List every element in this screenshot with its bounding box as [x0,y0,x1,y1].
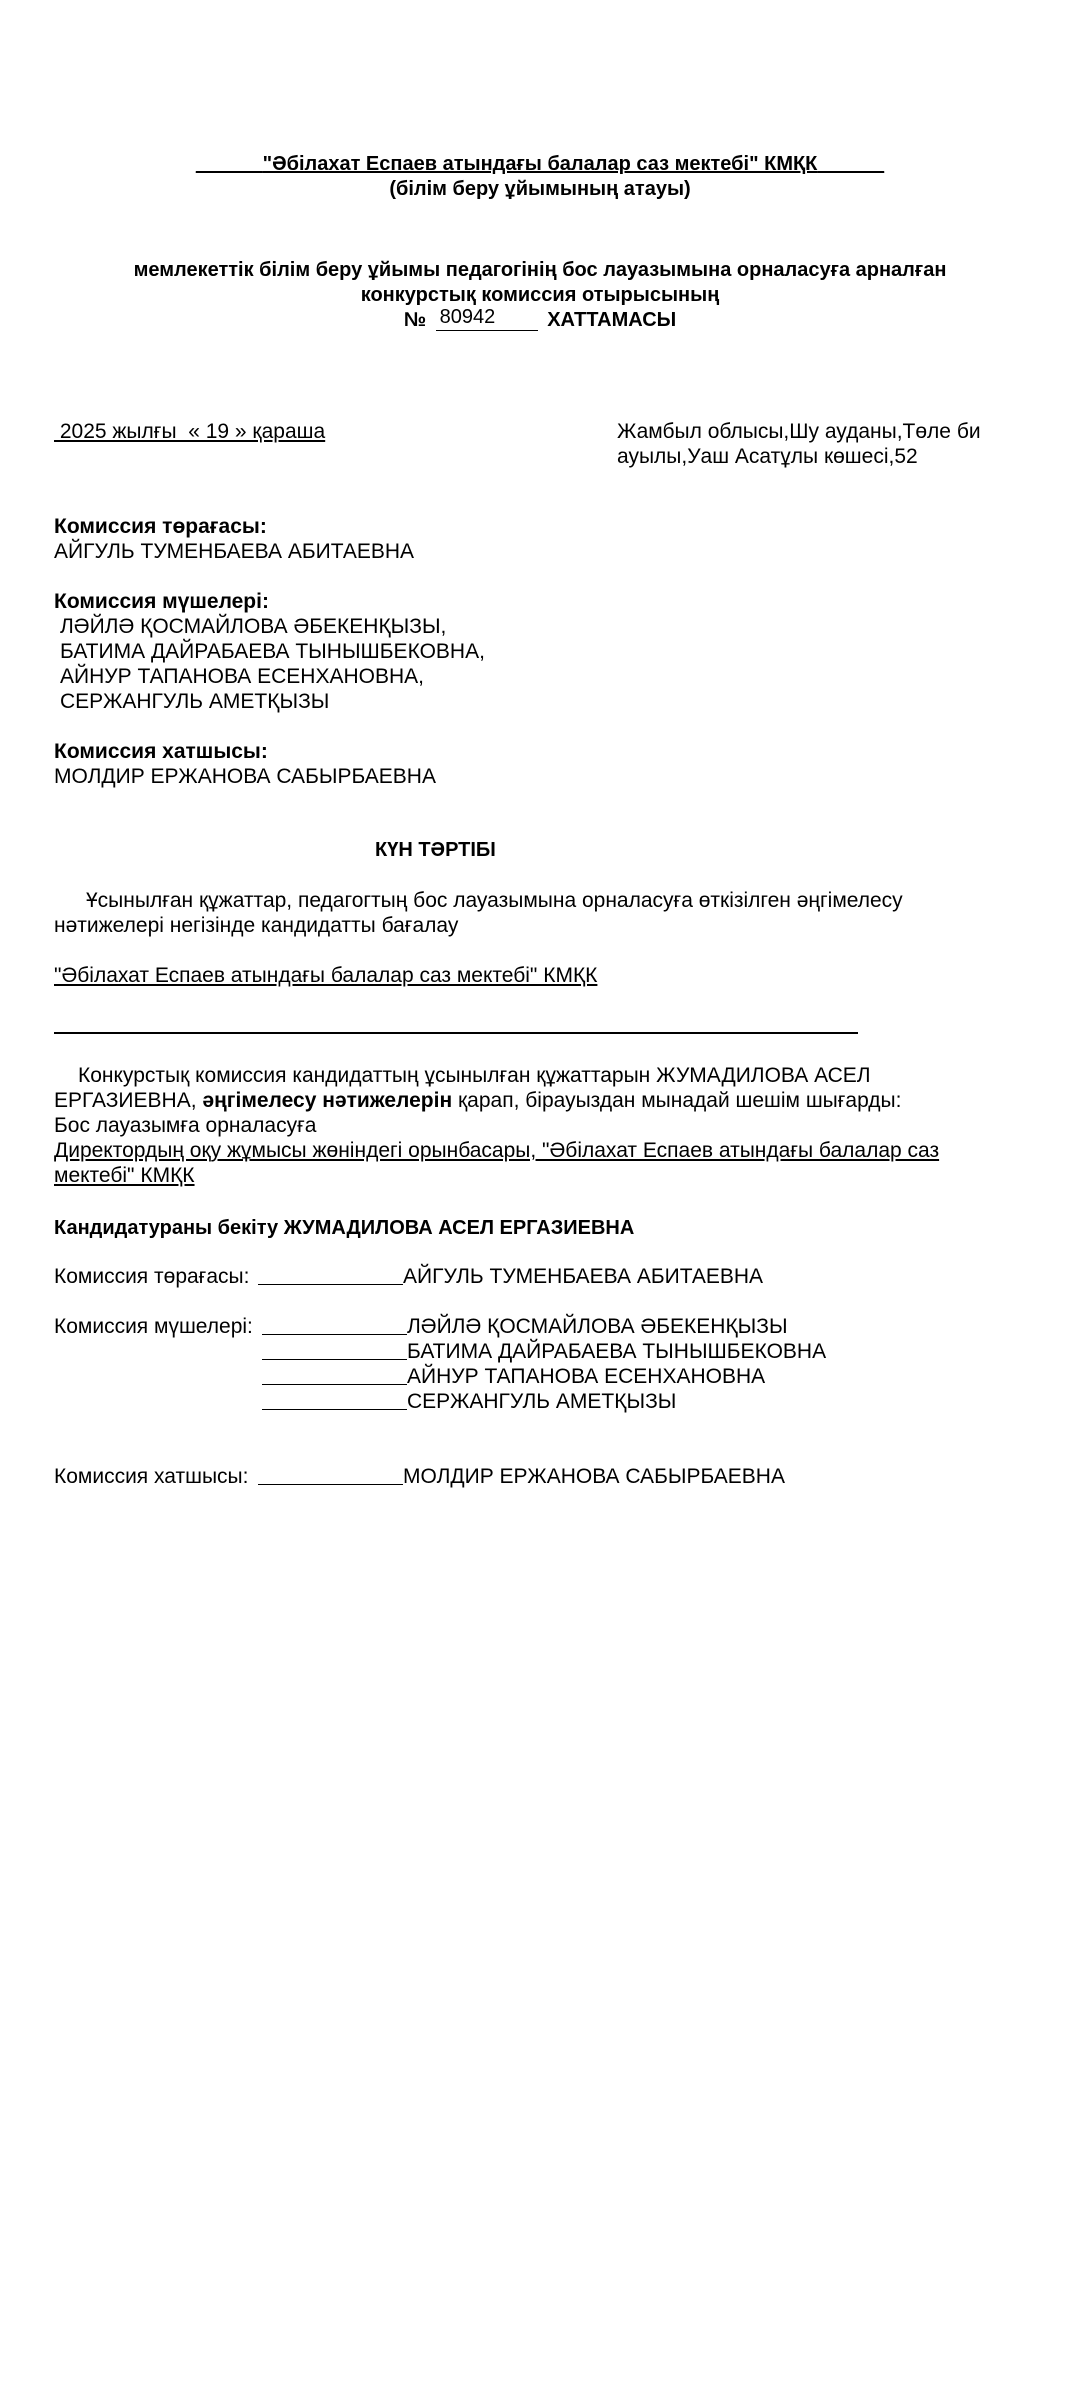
signature-row-chair: Комиссия төрағасы:АЙГУЛЬ ТУМЕНБАЕВА АБИТ… [54,1264,763,1289]
decision-line-2: ЕРГАЗИЕВНА, әңгімелесу нәтижелерін қарап… [54,1088,1054,1113]
document-title: мемлекеттік білім беру ұйымы педагогінің… [0,258,1080,333]
commission-secretary-name: МОЛДИР ЕРЖАНОВА САБЫРБАЕВНА [54,764,436,789]
horizontal-rule [54,1032,858,1034]
decision-line-1: Конкурстық комиссия кандидаттың ұсынылға… [54,1063,1054,1088]
commission-member: АЙНУР ТАПАНОВА ЕСЕНХАНОВНА, [54,664,485,689]
decision-line-3: Бос лауазымға орналасуға [54,1113,1054,1138]
signature-line [258,1266,403,1285]
meeting-address: Жамбыл облысы,Шу ауданы,Төле би ауылы,Уа… [617,419,1037,469]
protocol-number: 80942 [440,306,496,328]
signature-member-name: БАТИМА ДАЙРАБАЕВА ТЫНЫШБЕКОВНА [407,1339,826,1364]
commission-members-label: Комиссия мүшелері: [54,589,485,614]
address-line-1: Жамбыл облысы,Шу ауданы,Төле би [617,419,1037,444]
signature-line [258,1466,403,1485]
signature-member-name: ЛӘЙЛӘ ҚОСМАЙЛОВА ӘБЕКЕНҚЫЗЫ [407,1314,788,1339]
commission-chair-section: Комиссия төрағасы: АЙГУЛЬ ТУМЕНБАЕВА АБИ… [54,514,414,564]
signature-row-member: АЙНУР ТАПАНОВА ЕСЕНХАНОВНА [54,1364,765,1389]
signature-member-name: СЕРЖАНГУЛЬ АМЕТҚЫЗЫ [407,1389,676,1414]
signature-chair-name: АЙГУЛЬ ТУМЕНБАЕВА АБИТАЕВНА [403,1264,763,1289]
commission-secretary-label: Комиссия хатшысы: [54,739,436,764]
signature-members-label: Комиссия мүшелері: [54,1314,262,1339]
signature-line [262,1366,407,1385]
commission-member: ЛӘЙЛӘ ҚОСМАЙЛОВА ӘБЕКЕНҚЫЗЫ, [54,614,485,639]
signature-row-member: БАТИМА ДАЙРАБАЕВА ТЫНЫШБЕКОВНА [54,1339,826,1364]
title-line-1: мемлекеттік білім беру ұйымы педагогінің… [0,258,1080,283]
signature-row-secretary: Комиссия хатшысы:МОЛДИР ЕРЖАНОВА САБЫРБА… [54,1464,785,1489]
protocol-number-field: 80942 [436,310,538,331]
signature-line [262,1316,407,1335]
signature-row-member: СЕРЖАНГУЛЬ АМЕТҚЫЗЫ [54,1389,676,1414]
signature-member-name: АЙНУР ТАПАНОВА ЕСЕНХАНОВНА [407,1364,765,1389]
agenda-text-line-2: нәтижелері негізінде кандидатты бағалау [54,913,1054,938]
position-line-2: мектебі" КМҚК [54,1163,195,1188]
signature-line [262,1341,407,1360]
signature-secretary-name: МОЛДИР ЕРЖАНОВА САБЫРБАЕВНА [403,1464,785,1489]
signature-secretary-label: Комиссия хатшысы: [54,1464,258,1489]
signature-row-member: Комиссия мүшелері:ЛӘЙЛӘ ҚОСМАЙЛОВА ӘБЕКЕ… [54,1314,788,1339]
approval-statement: Кандидатураны бекіту ЖУМАДИЛОВА АСЕЛ ЕРГ… [54,1216,634,1241]
decision-line-2-start: ЕРГАЗИЕВНА, [54,1089,202,1112]
decision-text: Конкурстық комиссия кандидаттың ұсынылға… [54,1063,1054,1188]
agenda-text: Ұсынылған құжаттар, педагогтың бос лауаз… [54,888,1054,938]
commission-chair-label: Комиссия төрағасы: [54,514,414,539]
position-line-1: Директордың оқу жұмысы жөніндегі орынбас… [54,1138,1054,1163]
commission-member: БАТИМА ДАЙРАБАЕВА ТЫНЫШБЕКОВНА, [54,639,485,664]
commission-secretary-section: Комиссия хатшысы: МОЛДИР ЕРЖАНОВА САБЫРБ… [54,739,436,789]
commission-chair-name: АЙГУЛЬ ТУМЕНБАЕВА АБИТАЕВНА [54,539,414,564]
commission-members-section: Комиссия мүшелері: ЛӘЙЛӘ ҚОСМАЙЛОВА ӘБЕК… [54,589,485,714]
title-suffix: ХАТТАМАСЫ [547,309,676,331]
organization-name-caption: (білім беру ұйымының атауы) [0,177,1080,202]
title-line-2: конкурстық комиссия отырысының [0,283,1080,308]
agenda-organization: "Әбілахат Еспаев атындағы балалар саз ме… [54,963,597,988]
protocol-document: ______"Әбілахат Еспаев атындағы балалар … [0,0,1080,2400]
organization-name: ______"Әбілахат Еспаев атындағы балалар … [196,153,884,175]
signature-line [262,1391,407,1410]
decision-line-2-end: қарап, бірауыздан мынадай шешім шығарды: [452,1089,901,1112]
protocol-date: 2025 жылғы « 19 » қараша [54,419,325,444]
decision-line-2-emphasis: әңгімелесу нәтижелерін [202,1089,452,1112]
commission-member: СЕРЖАНГУЛЬ АМЕТҚЫЗЫ [54,689,485,714]
signature-chair-label: Комиссия төрағасы: [54,1264,258,1289]
agenda-text-line-1: Ұсынылған құжаттар, педагогтың бос лауаз… [54,888,1054,913]
title-line-3: № 80942 ХАТТАМАСЫ [0,308,1080,333]
number-sign: № [404,309,426,331]
agenda-title: КҮН ТӘРТІБІ [375,838,496,863]
organization-name-line: ______"Әбілахат Еспаев атындағы балалар … [0,152,1080,177]
address-line-2: ауылы,Уаш Асатұлы көшесі,52 [617,444,1037,469]
